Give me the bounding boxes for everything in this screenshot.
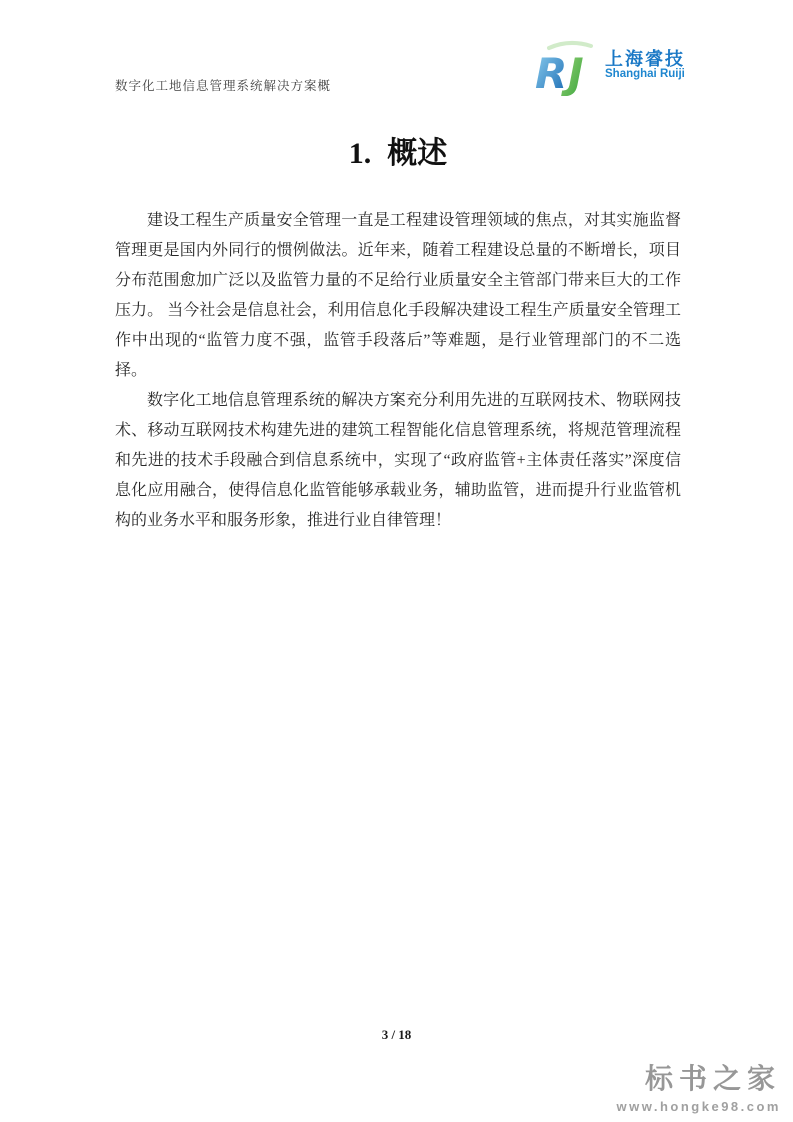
logo-company-name-en: Shanghai Ruiji <box>605 68 685 80</box>
section-heading-text: 概述 <box>387 137 447 170</box>
logo-text: 上海睿技 Shanghai Ruiji <box>605 50 685 87</box>
header-doc-title: 数字化工地信息管理系统解决方案概 <box>115 76 331 96</box>
paragraph-2: 数字化工地信息管理系统的解决方案充分利用先进的互联网技术、物联网技术、移动互联网… <box>115 386 681 536</box>
document-page: 数字化工地信息管理系统解决方案概 R J 上海睿技 <box>0 0 793 1122</box>
logo-rj-icon: R J <box>535 40 599 96</box>
logo-company-name-cn: 上海睿技 <box>605 50 685 69</box>
document-body: 1.概述 建设工程生产质量安全管理一直是工程建设管理领域的焦点，对其实施监督管理… <box>115 128 681 536</box>
watermark-title: 标书之家 <box>617 1057 782 1097</box>
page-footer: 3 / 18 <box>0 1026 793 1044</box>
paragraph-1: 建设工程生产质量安全管理一直是工程建设管理领域的焦点，对其实施监督管理更是国内外… <box>115 206 681 386</box>
company-logo: R J 上海睿技 Shanghai Ruiji <box>535 40 685 96</box>
page-header: 数字化工地信息管理系统解决方案概 R J 上海睿技 <box>115 40 685 96</box>
watermark-url: www.hongke98.com <box>617 1099 782 1114</box>
logo-letter-r: R <box>535 49 567 96</box>
page-number: 3 / 18 <box>382 1027 412 1042</box>
section-heading: 1.概述 <box>115 128 681 172</box>
section-heading-number: 1. <box>349 137 372 170</box>
watermark: 标书之家 www.hongke98.com <box>617 1057 782 1114</box>
